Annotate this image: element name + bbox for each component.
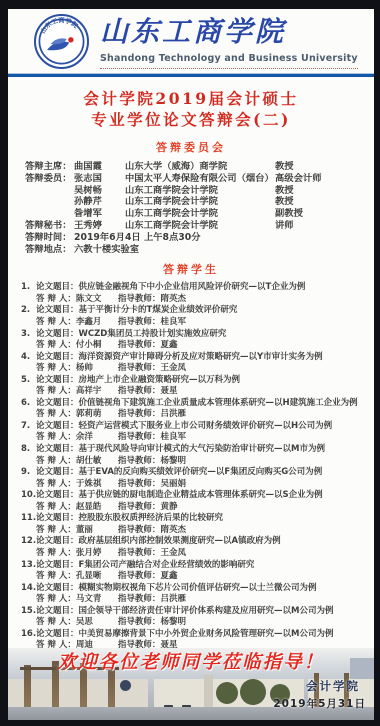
advisor-label: 指导教师： [118,409,161,421]
person-label: 答 辩 人： [36,386,76,398]
item-number: 7. [21,421,36,433]
topic-label: 论文题目： [36,375,79,387]
item-number: 14. [21,583,36,595]
topic-label: 论文题目： [36,421,79,433]
student-name: 郭莉萌 [76,409,118,421]
defender-line: 答 辩 人： 李鑫月 指导教师： 桂良军 [21,317,374,329]
advisor-name: 吕洪雁 [160,409,186,421]
committee-heading: 答辩委员会 [8,139,374,155]
student-item: 11. 论文题目： 控股股东股权质押经济后果的比较研究 答 辩 人： 董丽 指导… [21,513,374,536]
item-number: 2. [21,305,36,317]
student-name: 胡仕敏 [76,456,118,468]
advisor-label: 指导教师： [118,548,161,560]
thesis-title: 中美贸易摩擦背景下中小外贸企业财务风险管理研究—以M公司为例 [79,629,334,641]
student-name: 张月婷 [76,548,118,560]
advisor-name: 隋英杰 [160,525,186,537]
thesis-title: 控股股东股权质押经济后果的比较研究 [79,513,224,525]
thesis-title: 价值链视角下建筑施工企业质量成本管理体系研究—以H建筑施工企业为例 [79,398,358,410]
thesis-title-line: 3. 论文题目： WCZD集团员工持股计划实施效应研究 [21,329,374,341]
item-number: 8. [21,444,36,456]
advisor-name: 王金凤 [160,548,186,560]
defender-line: 答 辩 人： 董丽 指导教师： 隋英杰 [21,525,374,537]
tree [240,679,266,705]
topic-label: 论文题目： [36,560,79,572]
thesis-title-line: 9. 论文题目： 基于EVA的反向购买绩效评价研究—以F集团反向购买G公司为例 [21,467,374,479]
topic-label: 论文题目： [36,606,79,618]
thesis-title-line: 13. 论文题目： F集团公司产融结合对企业经营绩效的影响研究 [21,560,374,572]
topic-label: 论文题目： [36,282,79,294]
student-item: 4. 论文题目： 海洋资源资产审计障碍分析及应对策略研究—以Y市审计实务为例 答… [21,352,374,375]
defender-line: 答 辩 人： 孔显晰 指导教师： 夏鑫 [21,571,374,583]
advisor-label: 指导教师： [118,432,161,444]
student-item: 5. 论文题目： 房地产上市企业融资策略研究—以万科为例 答 辩 人： 高祥宇 … [21,375,374,398]
item-number: 16. [21,629,36,641]
topic-label: 论文题目： [36,583,79,595]
thesis-title-line: 4. 论文题目： 海洋资源资产审计障碍分析及应对策略研究—以Y市审计实务为例 [21,352,374,364]
member-name: 王秀婷 [74,220,125,232]
member-affiliation: 山东工商学院会计学院 [125,185,275,197]
header-divider [8,73,374,77]
student-list: 1. 论文题目： 供应链金融视角下中小企业信用风险评价研究—以T企业为例 答 辩… [8,282,374,652]
thesis-title-line: 6. 论文题目： 价值链视角下建筑施工企业质量成本管理体系研究—以H建筑施工企业… [21,398,374,410]
advisor-name: 桂良军 [160,317,186,329]
thesis-title: 轻资产运营模式下服务业上市公司财务绩效评价研究—以H公司为例 [79,421,333,433]
person-label: 答 辩 人： [36,525,76,537]
item-number: 15. [21,606,36,618]
advisor-name: 杨黎明 [160,617,186,629]
item-number: 6. [21,398,36,410]
person-label: 答 辩 人： [36,548,76,560]
advisor-name: 桂良军 [160,432,186,444]
student-item: 9. 论文题目： 基于EVA的反向购买绩效评价研究—以F集团反向购买G公司为例 … [21,467,374,490]
student-name: 赵显皓 [76,502,118,514]
thesis-title-line: 16. 论文题目： 中美贸易摩擦背景下中小外贸企业财务风险管理研究—以M公司为例 [21,629,374,641]
member-role-label [25,196,74,208]
advisor-label: 指导教师： [118,525,161,537]
event-title-line1: 会计学院2019届会计硕士 [8,88,374,109]
defense-place-row: 答辩地点： 六教十楼实验室 [25,244,374,256]
advisor-label: 指导教师： [118,479,161,491]
person-label: 答 辩 人： [36,479,76,491]
committee-member-row: 孙静芹 山东工商学院会计学院 教授 [25,196,374,208]
time-value: 2019年6月4日 上午8点30分 [74,232,201,244]
member-affiliation: 中国太平人寿保险有限公司（烟台） [125,173,275,185]
student-name: 高祥宇 [76,386,118,398]
thesis-title-line: 1. 论文题目： 供应链金融视角下中小企业信用风险评价研究—以T企业为例 [21,282,374,294]
student-item: 7. 论文题目： 轻资产运营模式下服务业上市公司财务绩效评价研究—以H公司为例 … [21,421,374,444]
item-number: 3. [21,329,36,341]
thesis-title: 模糊实物期权视角下芯片公司价值评估研究—以士兰微公司为例 [79,583,317,595]
thesis-title: 房地产上市企业融资策略研究—以万科为例 [79,375,241,387]
students-heading: 答辩学生 [8,261,374,277]
advisor-name: 杨黎明 [160,456,186,468]
person-label: 答 辩 人： [36,502,76,514]
event-title-line2: 专业学位论文答辩会(二) [8,109,374,130]
student-name: 孔显晰 [76,571,118,583]
member-title: 高级会计师 [275,173,374,185]
defender-line: 答 辩 人： 杨帅 指导教师： 王金凤 [21,363,374,375]
time-label: 答辩时间： [25,232,74,244]
student-item: 6. 论文题目： 价值链视角下建筑施工企业质量成本管理体系研究—以H建筑施工企业… [21,398,374,421]
advisor-name: 隋英杰 [160,294,186,306]
defender-line: 答 辩 人： 高祥宇 指导教师： 聂星 [21,386,374,398]
advisor-label: 指导教师： [118,317,161,329]
item-number: 10. [21,490,36,502]
place-label: 答辩地点： [25,244,74,256]
member-affiliation: 山东大学（威海）商学院 [125,161,275,173]
person-label: 答 辩 人： [36,340,76,352]
thesis-title-line: 14. 论文题目： 模糊实物期权视角下芯片公司价值评估研究—以士兰微公司为例 [21,583,374,595]
defender-line: 答 辩 人： 张月婷 指导教师： 王金凤 [21,548,374,560]
committee-table: 答辩主席： 曲国霞 山东大学（威海）商学院 教授 答辩委员： 张志国 中国太平人… [8,161,374,255]
thesis-title: 基于EVA的反向购买绩效评价研究—以F集团反向购买G公司为例 [79,467,323,479]
topic-label: 论文题目： [36,305,79,317]
university-seal-icon: 山东工商学院 [34,14,89,69]
person-label: 答 辩 人： [36,617,76,629]
tree [216,682,238,704]
item-number: 13. [21,560,36,572]
student-name: 杨帅 [76,363,118,375]
member-role-label [25,208,74,220]
defender-line: 答 辩 人： 郭莉萌 指导教师： 吕洪雁 [21,409,374,421]
advisor-name: 聂星 [160,386,177,398]
committee-member-row: 吴树畅 山东工商学院会计学院 教授 [25,185,374,197]
advisor-name: 夏鑫 [160,571,177,583]
thesis-title-line: 8. 论文题目： 基于现代风险导向审计模式的大气污染防治审计研究—以M市为例 [21,444,374,456]
committee-member-row: 答辩主席： 曲国霞 山东大学（威海）商学院 教授 [25,161,374,173]
member-title: 讲师 [275,220,374,232]
student-name: 余洋 [76,432,118,444]
advisor-label: 指导教师： [118,456,161,468]
thesis-title: 政府基层组织内部控制效果测度研究—以A镇政府为例 [79,536,281,548]
defender-line: 答 辩 人： 胡仕敏 指导教师： 杨黎明 [21,456,374,468]
thesis-title: F集团公司产融结合对企业经营绩效的影响研究 [79,560,255,572]
defender-line: 答 辩 人： 陈文文 指导教师： 隋英杰 [21,294,374,306]
advisor-name: 吕洪雁 [160,594,186,606]
topic-label: 论文题目： [36,444,79,456]
event-title: 会计学院2019届会计硕士 专业学位论文答辩会(二) [8,88,374,130]
member-title: 副教授 [275,208,374,220]
member-title: 教授 [275,196,374,208]
person-label: 答 辩 人： [36,571,76,583]
member-role-label [25,185,74,197]
student-item: 13. 论文题目： F集团公司产融结合对企业经营绩效的影响研究 答 辩 人： 孔… [21,560,374,583]
topic-label: 论文题目： [36,490,79,502]
welcome-message: 欢迎各位老师同学莅临指导！ [8,648,374,674]
member-name: 昝增军 [74,208,125,220]
thesis-title-line: 2. 论文题目： 基于平衡计分卡的T煤炭企业绩效评价研究 [21,305,374,317]
student-item: 8. 论文题目： 基于现代风险导向审计模式的大气污染防治审计研究—以M市为例 答… [21,444,374,467]
topic-label: 论文题目： [36,629,79,641]
topic-label: 论文题目： [36,329,79,341]
advisor-label: 指导教师： [118,386,161,398]
thesis-title-line: 10. 论文题目： 基于供应链的厨电制造企业精益成本管理体系研究—以S企业为例 [21,490,374,502]
seal-graphic-icon: 山东工商学院 [36,16,87,67]
defense-announcement-poster: 山东工商学院 山东工商学院 Shandong Technology and Bu… [8,9,374,720]
thesis-title-line: 11. 论文题目： 控股股东股权质押经济后果的比较研究 [21,513,374,525]
member-name: 张志国 [74,173,125,185]
person-label: 答 辩 人： [36,363,76,375]
student-name: 马文青 [76,594,118,606]
person-label: 答 辩 人： [36,317,76,329]
advisor-name: 黄静 [160,502,177,514]
issue-date: 2019年5月31日 [273,696,366,711]
gate-post [204,675,213,707]
member-name: 吴树畅 [74,185,125,197]
member-role-label: 答辩秘书： [25,220,74,232]
student-item: 3. 论文题目： WCZD集团员工持股计划实施效应研究 答 辩 人： 付小桐 指… [21,329,374,352]
topic-label: 论文题目： [36,398,79,410]
student-name: 董丽 [76,525,118,537]
committee-member-row: 答辩委员： 张志国 中国太平人寿保险有限公司（烟台） 高级会计师 [25,173,374,185]
advisor-label: 指导教师： [118,340,161,352]
wall-emblem-icon [120,680,131,691]
thesis-title: 国企领导干部经济责任审计评价体系构建及应用研究—以M公司为例 [79,606,334,618]
student-item: 1. 论文题目： 供应链金融视角下中小企业信用风险评价研究—以T企业为例 答 辩… [21,282,374,305]
student-name: 吴思 [76,617,118,629]
advisor-label: 指导教师： [118,617,161,629]
university-name-cn: 山东工商学院 [100,15,366,49]
member-affiliation: 山东工商学院会计学院 [125,208,275,220]
defender-line: 答 辩 人： 余洋 指导教师： 桂良军 [21,432,374,444]
advisor-label: 指导教师： [118,571,161,583]
advisor-name: 夏鑫 [160,340,177,352]
student-name: 于姝祺 [76,479,118,491]
defender-line: 答 辩 人： 吴思 指导教师： 杨黎明 [21,617,374,629]
member-role-label: 答辩主席： [25,161,74,173]
advisor-name: 吴丽娟 [160,479,186,491]
student-item: 2. 论文题目： 基于平衡计分卡的T煤炭企业绩效评价研究 答 辩 人： 李鑫月 … [21,305,374,328]
member-title: 教授 [275,161,374,173]
advisor-label: 指导教师： [118,502,161,514]
defense-time-row: 答辩时间： 2019年6月4日 上午8点30分 [25,232,374,244]
thesis-title: WCZD集团员工持股计划实施效应研究 [79,329,227,341]
defender-line: 答 辩 人： 于姝祺 指导教师： 吴丽娟 [21,479,374,491]
item-number: 4. [21,352,36,364]
thesis-title-line: 15. 论文题目： 国企领导干部经济责任审计评价体系构建及应用研究—以M公司为例 [21,606,374,618]
member-affiliation: 山东工商学院会计学院 [125,220,275,232]
student-name: 李鑫月 [76,317,118,329]
defender-line: 答 辩 人： 付小桐 指导教师： 夏鑫 [21,340,374,352]
thesis-title: 基于平衡计分卡的T煤炭企业绩效评价研究 [79,305,238,317]
thesis-title: 海洋资源资产审计障碍分析及应对策略研究—以Y市审计实务为例 [79,352,323,364]
committee-member-row: 昝增军 山东工商学院会计学院 副教授 [25,208,374,220]
item-number: 9. [21,467,36,479]
advisor-name: 王金凤 [160,363,186,375]
topic-label: 论文题目： [36,467,79,479]
person-label: 答 辩 人： [36,432,76,444]
student-item: 10. 论文题目： 基于供应链的厨电制造企业精益成本管理体系研究—以S企业为例 … [21,490,374,513]
advisor-label: 指导教师： [118,294,161,306]
issuing-department: 会计学院 [306,678,360,694]
topic-label: 论文题目： [36,536,79,548]
person-label: 答 辩 人： [36,409,76,421]
member-name: 孙静芹 [74,196,125,208]
person-label: 答 辩 人： [36,594,76,606]
member-role-label: 答辩委员： [25,173,74,185]
thesis-title-line: 12. 论文题目： 政府基层组织内部控制效果测度研究—以A镇政府为例 [21,536,374,548]
person-label: 答 辩 人： [36,294,76,306]
thesis-title-line: 5. 论文题目： 房地产上市企业融资策略研究—以万科为例 [21,375,374,387]
student-name: 付小桐 [76,340,118,352]
defender-line: 答 辩 人： 马文青 指导教师： 吕洪雁 [21,594,374,606]
committee-member-row: 答辩秘书： 王秀婷 山东工商学院会计学院 讲师 [25,220,374,232]
thesis-title-line: 7. 论文题目： 轻资产运营模式下服务业上市公司财务绩效评价研究—以H公司为例 [21,421,374,433]
student-name: 陈文文 [76,294,118,306]
person-label: 答 辩 人： [36,456,76,468]
defender-line: 答 辩 人： 赵显皓 指导教师： 黄静 [21,502,374,514]
member-affiliation: 山东工商学院会计学院 [125,196,275,208]
thesis-title: 基于现代风险导向审计模式的大气污染防治审计研究—以M市为例 [79,444,325,456]
item-number: 11. [21,513,36,525]
student-item: 15. 论文题目： 国企领导干部经济责任审计评价体系构建及应用研究—以M公司为例… [21,606,374,629]
student-item: 12. 论文题目： 政府基层组织内部控制效果测度研究—以A镇政府为例 答 辩 人… [21,536,374,559]
item-number: 5. [21,375,36,387]
thesis-title: 基于供应链的厨电制造企业精益成本管理体系研究—以S企业为例 [79,490,323,502]
item-number: 12. [21,536,36,548]
item-number: 1. [21,282,36,294]
topic-label: 论文题目： [36,352,79,364]
seal-script-marks [100,65,358,69]
university-name-en: Shandong Technology and Business Univers… [100,53,366,64]
member-name: 曲国霞 [74,161,125,173]
member-title: 教授 [275,185,374,197]
university-header: 山东工商学院 山东工商学院 Shandong Technology and Bu… [8,9,374,73]
place-value: 六教十楼实验室 [74,244,139,256]
student-item: 14. 论文题目： 模糊实物期权视角下芯片公司价值评估研究—以士兰微公司为例 答… [21,583,374,606]
advisor-label: 指导教师： [118,363,161,375]
thesis-title: 供应链金融视角下中小企业信用风险评价研究—以T企业为例 [79,282,306,294]
advisor-label: 指导教师： [118,594,161,606]
topic-label: 论文题目： [36,513,79,525]
